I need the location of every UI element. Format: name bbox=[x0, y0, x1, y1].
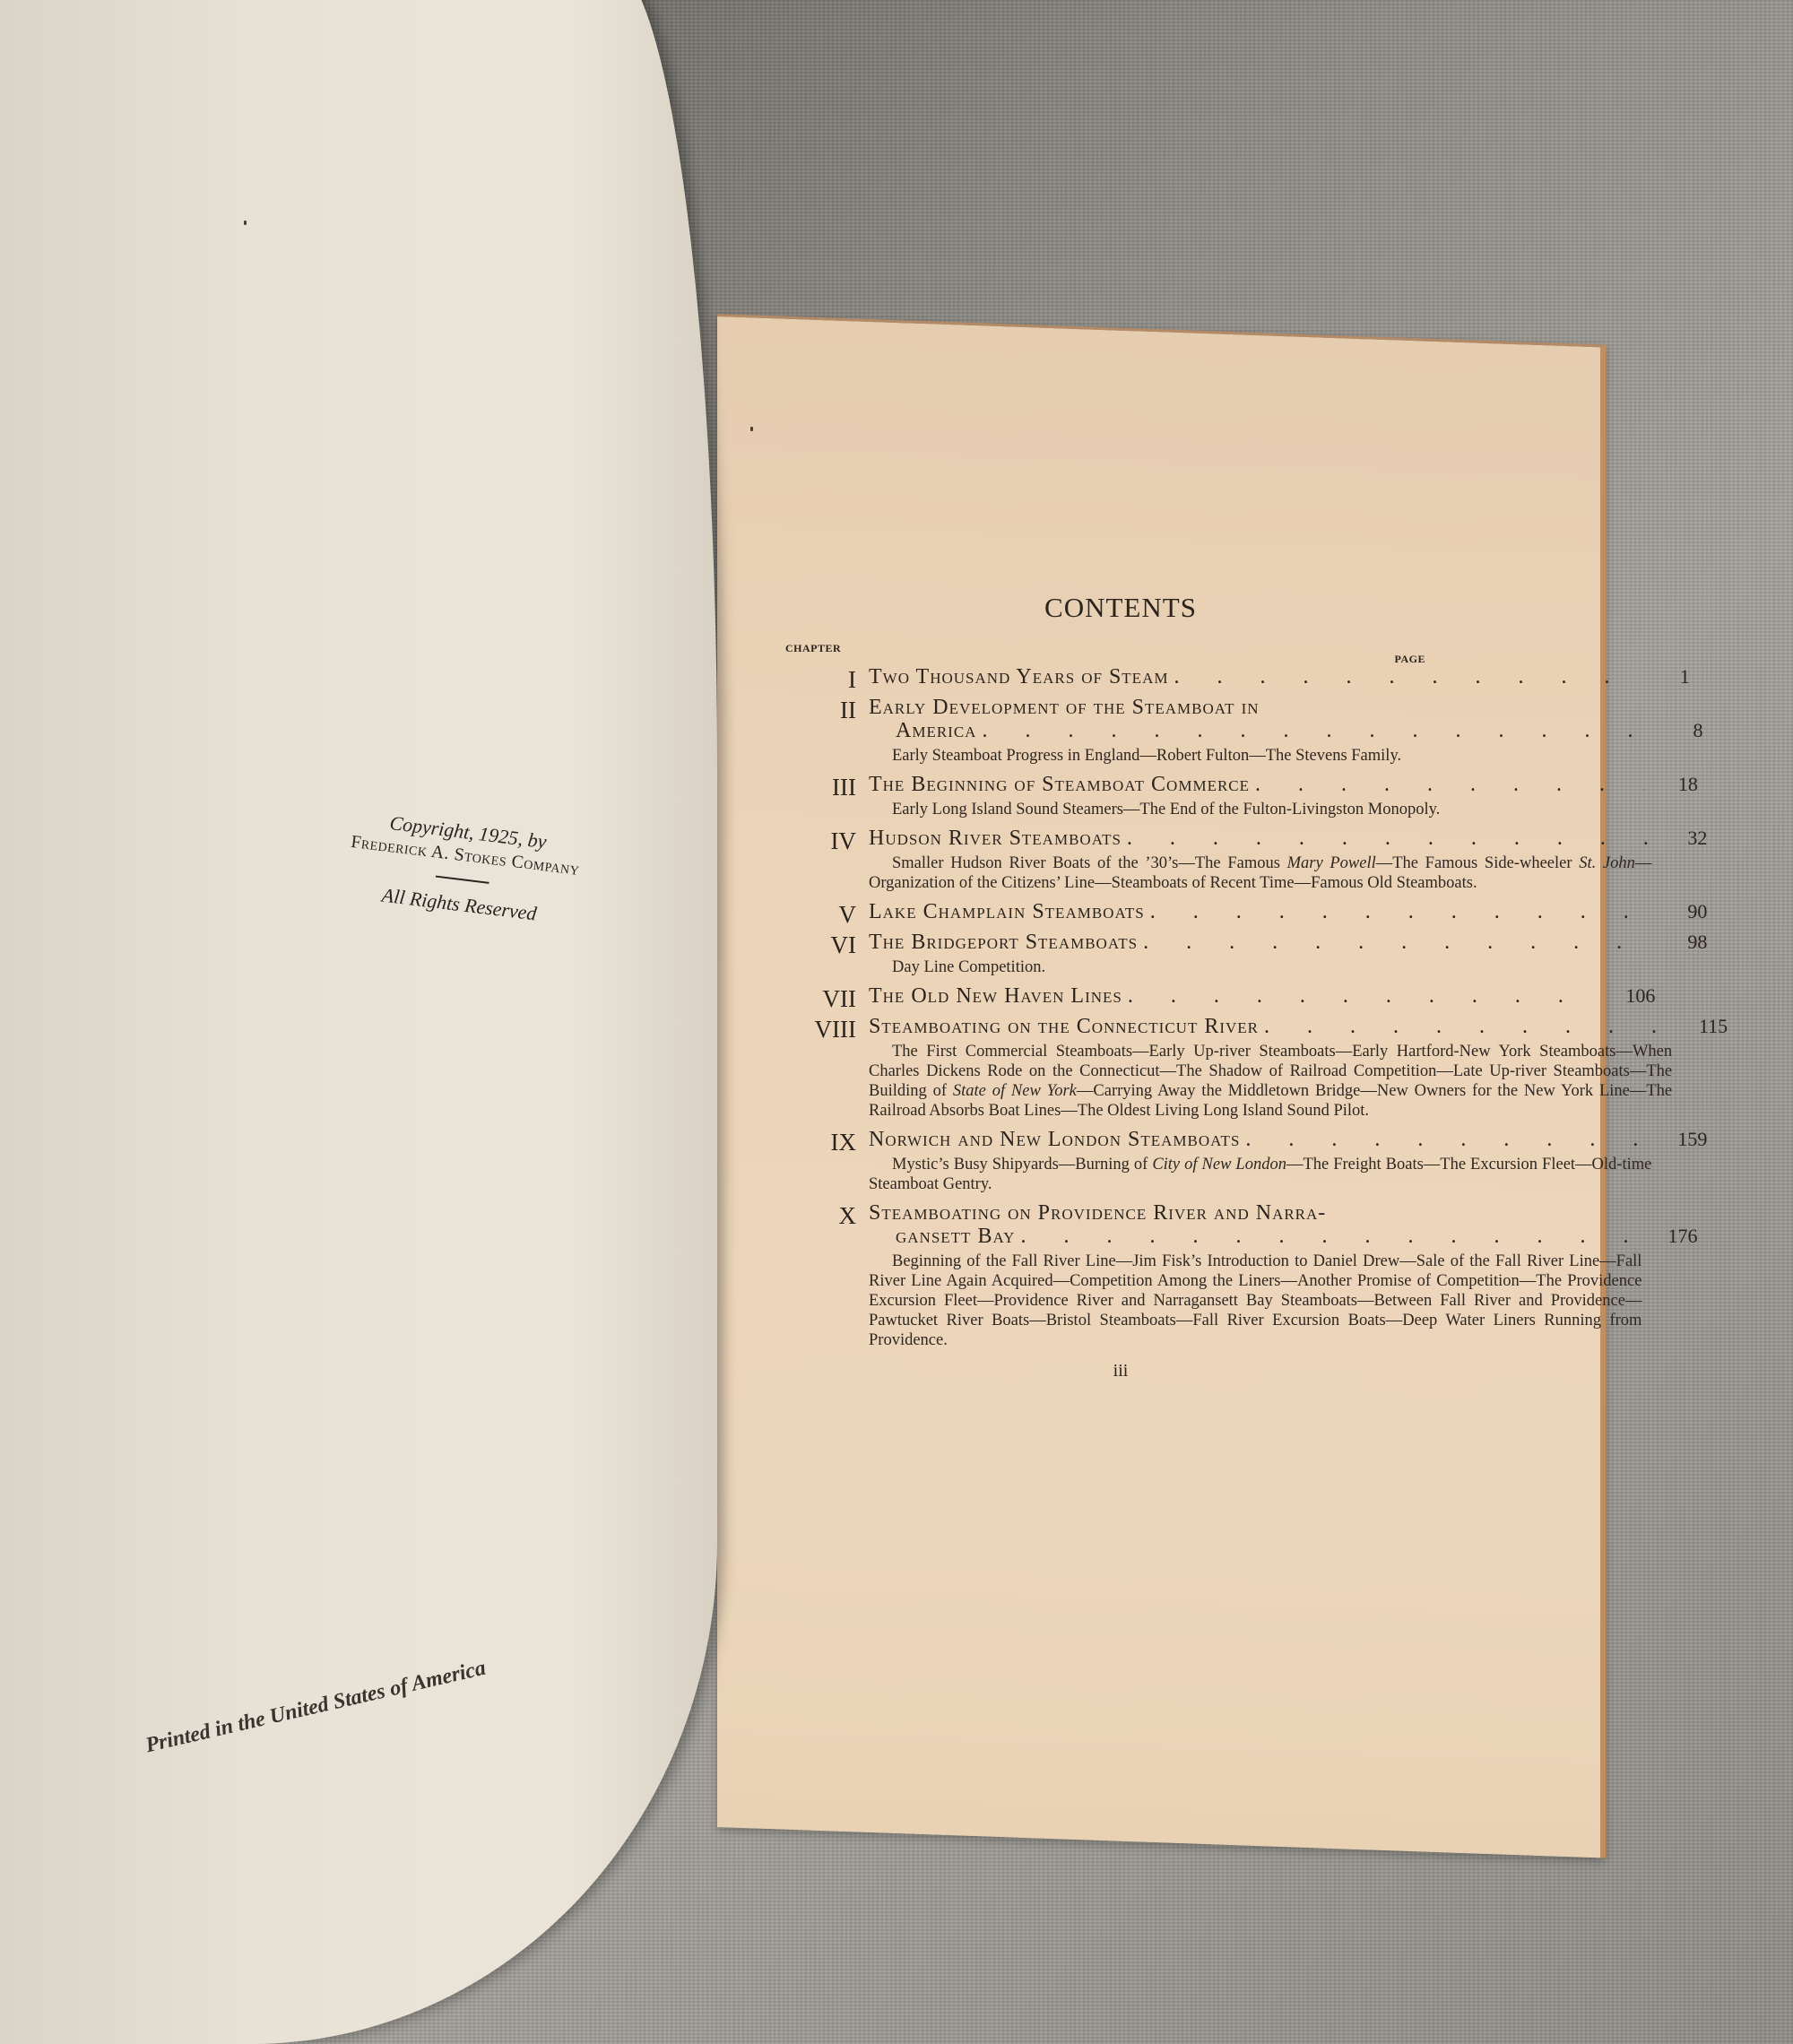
summary-text: Smaller Hudson River Boats of the ’30’s—… bbox=[892, 854, 1287, 872]
page-number: 176 bbox=[1643, 1225, 1697, 1248]
chapter-title-text: Two Thousand Years of Steam bbox=[869, 665, 1168, 689]
leader-dots: . . . . . . . . . . . . . . . . bbox=[1240, 1128, 1653, 1151]
table-of-contents: CONTENTS CHAPTER PAGE ITwo Thousand Year… bbox=[780, 592, 1425, 1381]
divider-rule bbox=[436, 876, 489, 884]
left-page-copyright bbox=[0, 0, 717, 2044]
chapter-title: Hudson River Steamboats . . . . . . . . … bbox=[869, 827, 1707, 850]
leader-dots: . . . . . . . . . . . . . . . . bbox=[1122, 827, 1653, 850]
leader-dots: . . . . . . . . . . . . . . . . bbox=[1250, 773, 1644, 796]
paper-speck bbox=[750, 427, 753, 431]
chapter-entry[interactable]: IIIThe Beginning of Steamboat Commerce .… bbox=[780, 773, 1425, 825]
chapter-number: VII bbox=[780, 984, 869, 1013]
page-number: 98 bbox=[1653, 931, 1707, 954]
page-number: 18 bbox=[1644, 773, 1698, 796]
chapter-number: VI bbox=[780, 931, 869, 959]
chapter-title-block: Two Thousand Years of Steam . . . . . . … bbox=[869, 665, 1690, 689]
page-number: 159 bbox=[1653, 1128, 1707, 1151]
chapter-title-text: Early Development of the Steamboat in bbox=[869, 696, 1260, 719]
chapter-title: Steamboating on the Connecticut River . … bbox=[869, 1015, 1728, 1038]
page-folio: iii bbox=[816, 1361, 1425, 1381]
summary-text: Mystic’s Busy Shipyards—Burning of bbox=[892, 1156, 1152, 1174]
leader-dots: . . . . . . . . . . . . . . . . bbox=[976, 719, 1649, 742]
chapter-number: I bbox=[780, 665, 869, 694]
ship-name: State of New York bbox=[953, 1082, 1077, 1100]
ship-name: Mary Powell bbox=[1287, 854, 1376, 872]
chapter-number: IV bbox=[780, 827, 869, 855]
page-number: 106 bbox=[1601, 984, 1655, 1008]
chapter-entry[interactable]: XSteamboating on Providence River and Na… bbox=[780, 1201, 1425, 1355]
chapter-title-text: The Old New Haven Lines bbox=[869, 984, 1122, 1008]
chapter-entry[interactable]: IIEarly Development of the Steamboat inA… bbox=[780, 696, 1425, 771]
chapter-entry[interactable]: ITwo Thousand Years of Steam . . . . . .… bbox=[780, 665, 1425, 694]
paper-speck bbox=[244, 221, 247, 225]
page-number: 8 bbox=[1649, 719, 1702, 742]
chapter-title-block: Steamboating on the Connecticut River . … bbox=[869, 1015, 1728, 1126]
chapter-entry[interactable]: IVHudson River Steamboats . . . . . . . … bbox=[780, 827, 1425, 898]
page-column-label: PAGE bbox=[1395, 653, 1425, 666]
chapter-summary: Early Steamboat Progress in England—Robe… bbox=[869, 746, 1702, 766]
chapter-title-text: Hudson River Steamboats bbox=[869, 827, 1122, 850]
leader-dots: . . . . . . . . . . . . . . . . bbox=[1145, 900, 1654, 923]
chapter-entry[interactable]: VIIThe Old New Haven Lines . . . . . . .… bbox=[780, 984, 1425, 1013]
chapter-summary: Smaller Hudson River Boats of the ’30’s—… bbox=[869, 853, 1707, 893]
chapter-title-block: Early Development of the Steamboat inAme… bbox=[869, 696, 1702, 771]
chapter-title: Lake Champlain Steamboats . . . . . . . … bbox=[869, 900, 1707, 923]
chapter-title-text: Lake Champlain Steamboats bbox=[869, 900, 1145, 923]
chapter-list: ITwo Thousand Years of Steam . . . . . .… bbox=[780, 665, 1425, 1355]
chapter-summary: Mystic’s Busy Shipyards—Burning of City … bbox=[869, 1155, 1707, 1194]
chapter-title: The Old New Haven Lines . . . . . . . . … bbox=[869, 984, 1655, 1008]
chapter-title-block: Steamboating on Providence River and Nar… bbox=[869, 1201, 1697, 1355]
chapter-entry[interactable]: VIThe Bridgeport Steamboats . . . . . . … bbox=[780, 931, 1425, 983]
chapter-title-text: America bbox=[896, 719, 976, 742]
ship-name: St. John bbox=[1579, 854, 1635, 872]
page-number: 32 bbox=[1653, 827, 1707, 850]
leader-dots: . . . . . . . . . . . . . . . . bbox=[1015, 1225, 1643, 1248]
chapter-title-text: Steamboating on Providence River and Nar… bbox=[869, 1201, 1326, 1225]
leader-dots: . . . . . . . . . . . . . . . . bbox=[1138, 931, 1653, 954]
chapter-number: V bbox=[780, 900, 869, 929]
chapter-title-text: The Beginning of Steamboat Commerce bbox=[869, 773, 1250, 796]
chapter-number: IX bbox=[780, 1128, 869, 1156]
page-number: 90 bbox=[1653, 900, 1707, 923]
chapter-number: VIII bbox=[780, 1015, 869, 1044]
chapter-title: Early Development of the Steamboat in bbox=[869, 696, 1702, 719]
chapter-title-block: The Beginning of Steamboat Commerce . . … bbox=[869, 773, 1698, 825]
page-number: 115 bbox=[1674, 1015, 1728, 1038]
chapter-title-block: The Bridgeport Steamboats . . . . . . . … bbox=[869, 931, 1707, 983]
chapter-title: Steamboating on Providence River and Nar… bbox=[869, 1201, 1697, 1225]
chapter-entry[interactable]: VIIISteamboating on the Connecticut Rive… bbox=[780, 1015, 1425, 1126]
chapter-title: gansett Bay . . . . . . . . . . . . . . … bbox=[869, 1225, 1697, 1248]
chapter-title: The Beginning of Steamboat Commerce . . … bbox=[869, 773, 1698, 796]
chapter-entry[interactable]: VLake Champlain Steamboats . . . . . . .… bbox=[780, 900, 1425, 929]
leader-dots: . . . . . . . . . . . . . . . . bbox=[1168, 665, 1635, 689]
chapter-summary: Early Long Island Sound Steamers—The End… bbox=[869, 800, 1698, 819]
chapter-title-block: The Old New Haven Lines . . . . . . . . … bbox=[869, 984, 1655, 1008]
chapter-summary: Beginning of the Fall River Line—Jim Fis… bbox=[869, 1252, 1697, 1350]
chapter-number: III bbox=[780, 773, 869, 801]
chapter-title-block: Lake Champlain Steamboats . . . . . . . … bbox=[869, 900, 1707, 923]
chapter-summary: Day Line Competition. bbox=[869, 957, 1707, 977]
chapter-column-label: CHAPTER bbox=[785, 642, 841, 655]
ship-name: City of New London bbox=[1152, 1156, 1286, 1174]
chapter-title-text: Steamboating on the Connecticut River bbox=[869, 1015, 1259, 1038]
chapter-title-block: Hudson River Steamboats . . . . . . . . … bbox=[869, 827, 1707, 898]
chapter-title-block: Norwich and New London Steamboats . . . … bbox=[869, 1128, 1707, 1200]
chapter-title-text: The Bridgeport Steamboats bbox=[869, 931, 1138, 954]
chapter-title: Norwich and New London Steamboats . . . … bbox=[869, 1128, 1707, 1151]
column-labels: CHAPTER PAGE bbox=[780, 642, 1425, 663]
chapter-number: X bbox=[780, 1201, 869, 1230]
chapter-title: America . . . . . . . . . . . . . . . .8 bbox=[869, 719, 1702, 742]
chapter-summary: The First Commercial Steamboats—Early Up… bbox=[869, 1042, 1728, 1121]
summary-text: —The Famous Side-wheeler bbox=[1376, 854, 1579, 872]
chapter-title: Two Thousand Years of Steam . . . . . . … bbox=[869, 665, 1690, 689]
chapter-number: II bbox=[780, 696, 869, 724]
page-number: 1 bbox=[1636, 665, 1690, 689]
chapter-title: The Bridgeport Steamboats . . . . . . . … bbox=[869, 931, 1707, 954]
page-title: CONTENTS bbox=[816, 592, 1425, 624]
chapter-title-text: Norwich and New London Steamboats bbox=[869, 1128, 1240, 1151]
chapter-title-text: gansett Bay bbox=[896, 1225, 1015, 1248]
chapter-entry[interactable]: IXNorwich and New London Steamboats . . … bbox=[780, 1128, 1425, 1200]
leader-dots: . . . . . . . . . . . . . . . . bbox=[1259, 1015, 1674, 1038]
leader-dots: . . . . . . . . . . . . . . . . bbox=[1122, 984, 1601, 1008]
